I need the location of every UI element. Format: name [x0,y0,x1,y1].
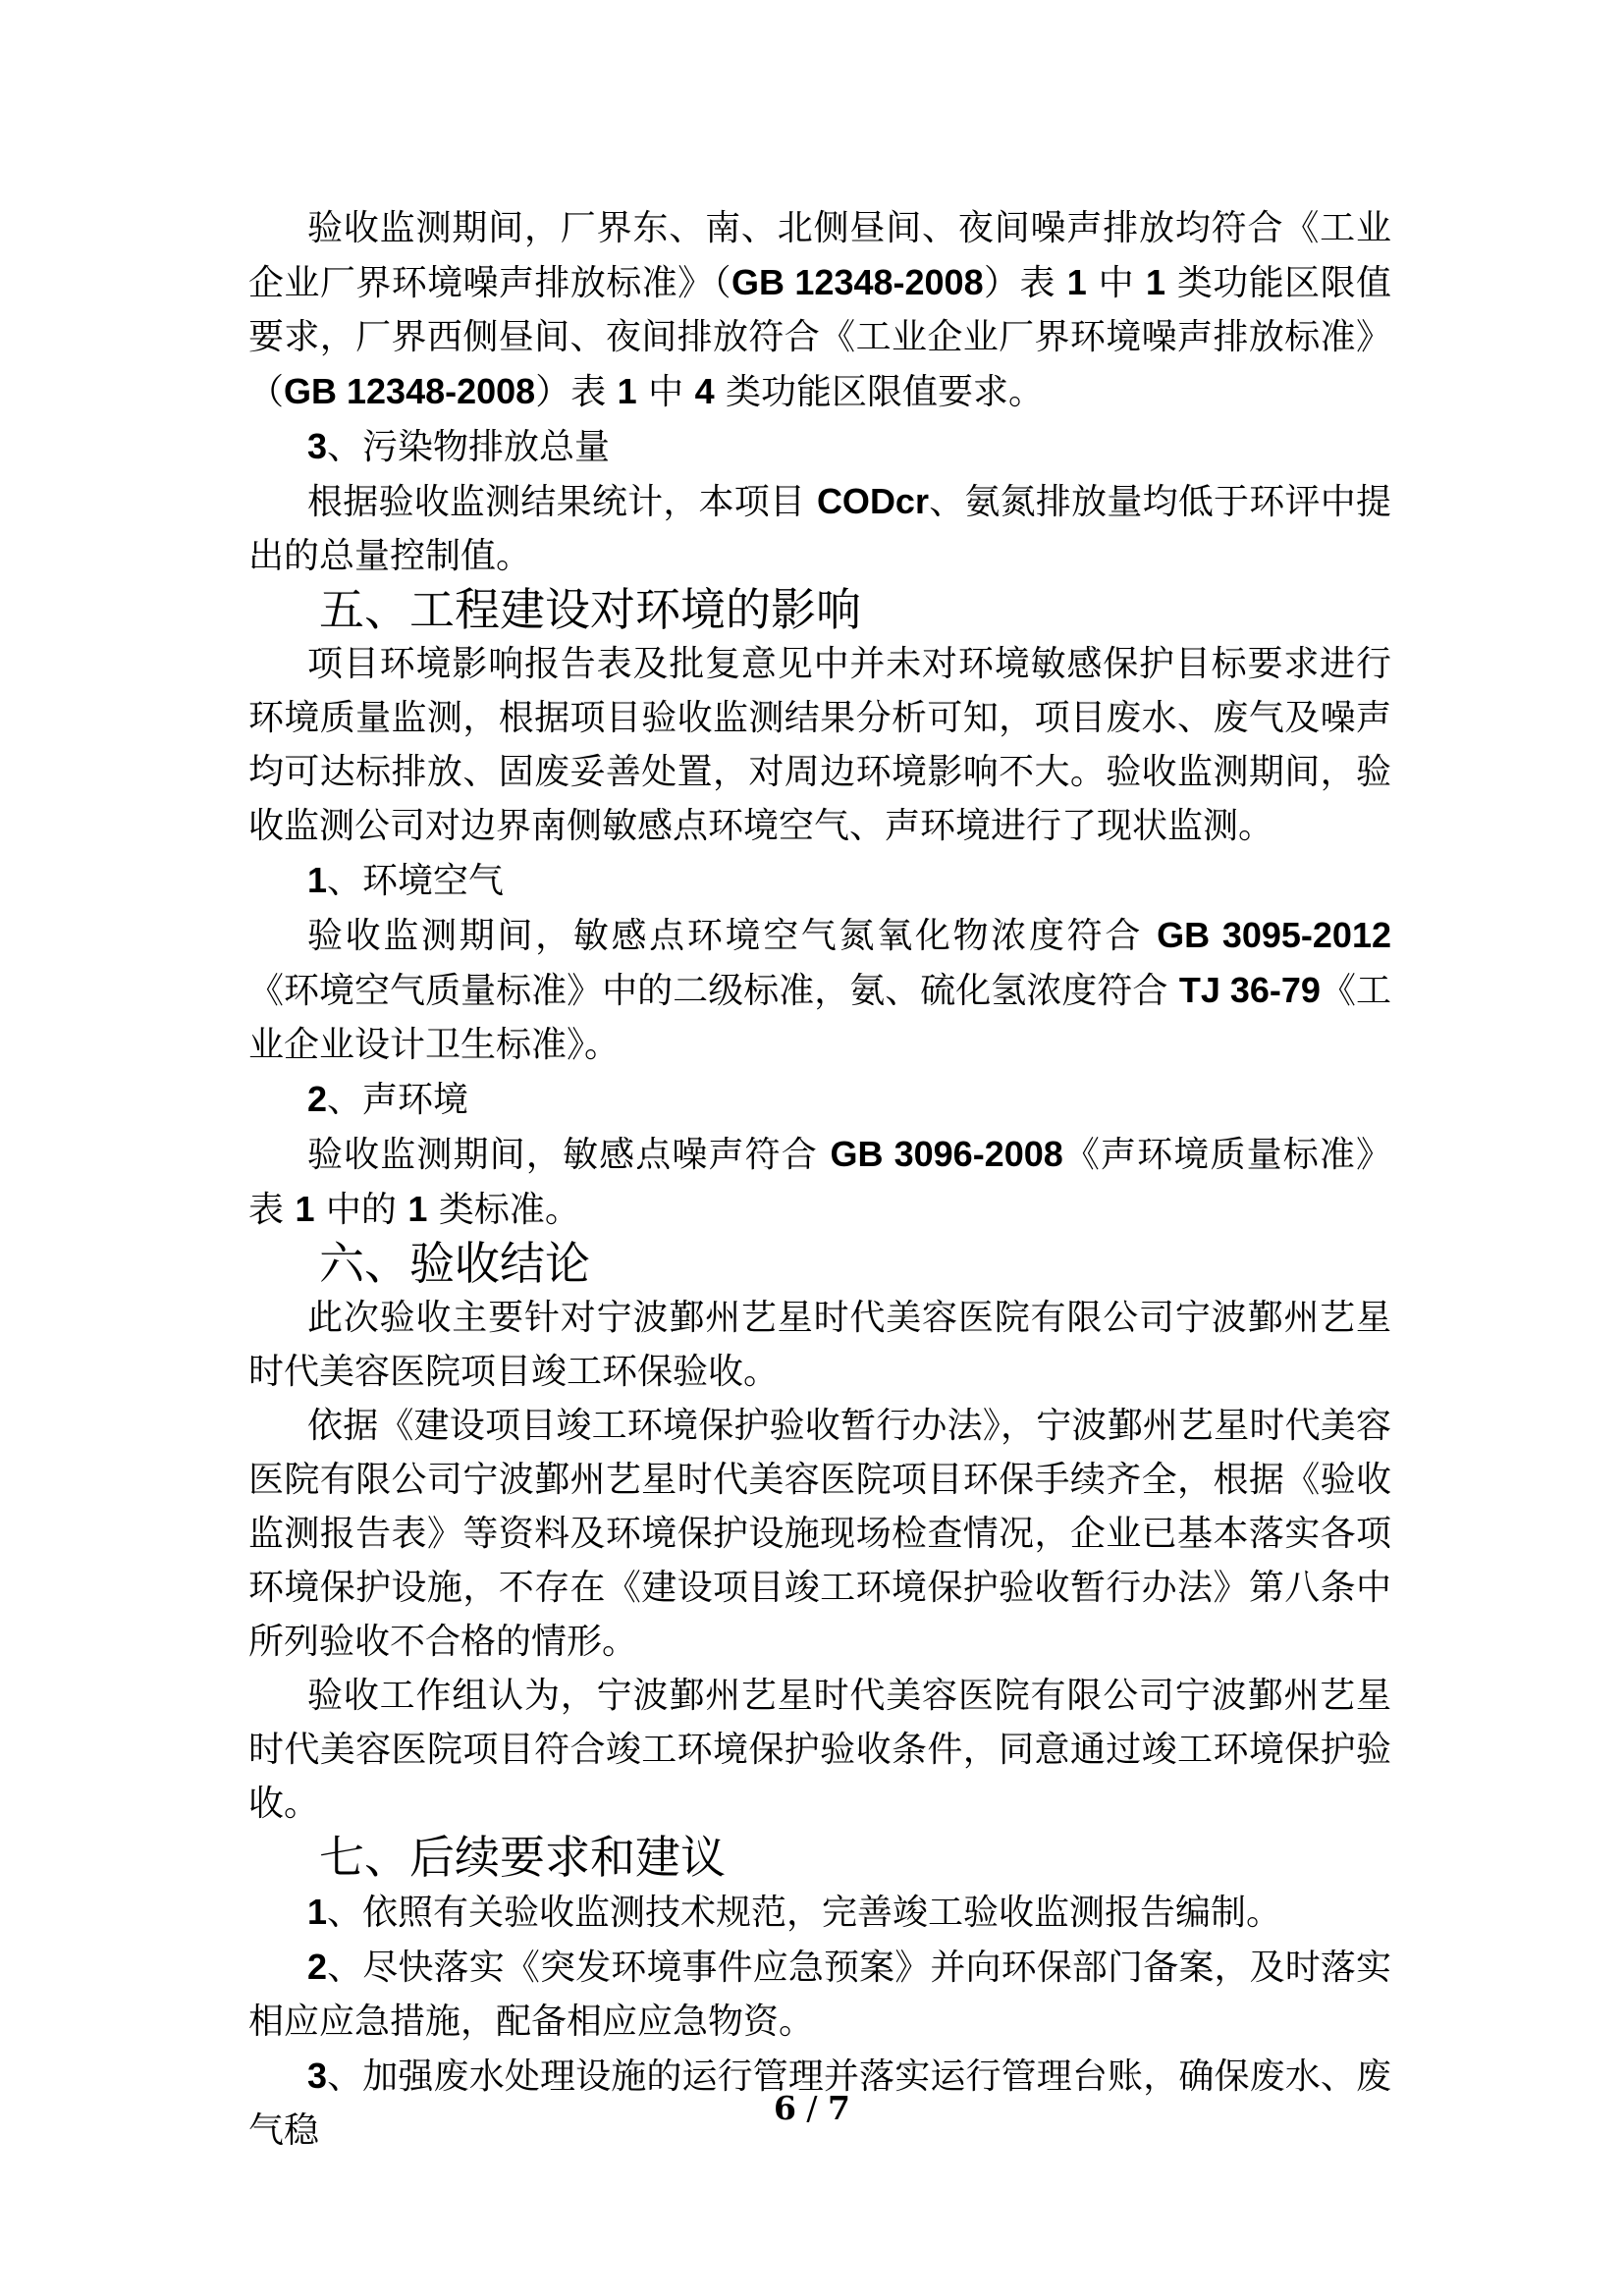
text-run: 、尽快落实《突发环境事件应急预案》并向环保部门备案，及时落实相应应急措施，配备相… [248,1948,1391,2042]
text-run: ）表 [535,372,617,412]
page-footer: 6 / 7 [0,2081,1624,2135]
text-run: 中 [1087,263,1146,303]
latin-bold-run: 6 [774,2089,796,2127]
latin-bold-run: GB 3095-2012 [1157,915,1391,955]
text-run: 验收监测期间，敏感点环境空气氮氧化物浓度符合 [307,916,1157,956]
latin-bold-run: TJ 36-79 [1179,970,1321,1010]
latin-bold-run: 1 [307,860,327,900]
text-run: ）表 [984,263,1067,303]
body-paragraph-noise-quality: 验收监测期间，敏感点噪声符合 GB 3096-2008《声环境质量标准》表 1 … [248,1127,1391,1237]
document-page: 验收监测期间，厂界东、南、北侧昼间、夜间噪声排放均符合《工业企业厂界环境噪声排放… [0,0,1624,2296]
latin-bold-run: 3 [307,426,327,466]
text-run: 中的 [314,1190,407,1230]
text-run: 类标准。 [427,1190,579,1230]
latin-bold-run: 1 [307,1892,327,1932]
section-heading-5-impact: 五、工程建设对环境的影响 [248,583,1391,637]
latin-bold-run: 1 [618,371,637,411]
section-heading-7-suggestions: 七、后续要求和建议 [248,1831,1391,1885]
text-run: 类功能区限值要求。 [715,372,1044,412]
latin-bold-run: 1 [407,1189,427,1229]
text-run: / [796,2089,828,2127]
body-paragraph-suggestion-2: 2、尽快落实《突发环境事件应急预案》并向环保部门备案，及时落实相应应急措施，配备… [248,1940,1391,2049]
text-run: 、声环境 [327,1080,468,1120]
latin-bold-run: 1 [295,1189,314,1229]
subheading-ambient-air: 1、环境空气 [248,853,1391,908]
latin-bold-run: GB 12348-2008 [284,371,535,411]
text-run: 七、后续要求和建议 [319,1831,726,1884]
body-paragraph-impact: 项目环境影响报告表及批复意见中并未对环境敏感保护目标要求进行环境质量监测，根据项… [248,637,1391,853]
text-run: 中 [637,372,695,412]
page-number: 6 / 7 [774,2089,850,2127]
latin-bold-run: CODcr [817,481,929,521]
text-run: 《环境空气质量标准》中的二级标准，氨、硫化氢浓度符合 [248,971,1179,1011]
body-paragraph-codcr: 根据验收监测结果统计，本项目 CODcr、氨氮排放量均低于环评中提出的总量控制值… [248,474,1391,583]
latin-bold-run: GB 3096-2008 [830,1134,1062,1174]
text-run: 验收工作组认为，宁波鄞州艺星时代美容医院有限公司宁波鄞州艺星时代美容医院项目符合… [248,1676,1391,1824]
body-paragraph-noise-standards: 验收监测期间，厂界东、南、北侧昼间、夜间噪声排放均符合《工业企业厂界环境噪声排放… [248,201,1391,419]
body-paragraph-basis: 依据《建设项目竣工环境保护验收暂行办法》，宁波鄞州艺星时代美容医院有限公司宁波鄞… [248,1399,1391,1669]
text-run: 项目环境影响报告表及批复意见中并未对环境敏感保护目标要求进行环境质量监测，根据项… [248,644,1391,846]
text-run: 此次验收主要针对宁波鄞州艺星时代美容医院有限公司宁波鄞州艺星时代美容医院项目竣工… [248,1298,1391,1392]
latin-bold-run: 1 [1146,262,1165,302]
latin-bold-run: 4 [695,371,715,411]
body-paragraph-air-standards: 验收监测期间，敏感点环境空气氮氧化物浓度符合 GB 3095-2012《环境空气… [248,908,1391,1072]
latin-bold-run: 2 [307,1079,327,1119]
text-run: 六、验收结论 [319,1237,590,1290]
body-paragraph-suggestion-1: 1、依照有关验收监测技术规范，完善竣工验收监测报告编制。 [248,1885,1391,1940]
text-run: 、依照有关验收监测技术规范，完善竣工验收监测报告编制。 [327,1893,1281,1933]
body-paragraph-workgroup: 验收工作组认为，宁波鄞州艺星时代美容医院有限公司宁波鄞州艺星时代美容医院项目符合… [248,1669,1391,1831]
latin-bold-run: 7 [828,2089,850,2127]
text-run: 、环境空气 [327,861,504,901]
text-run: 根据验收监测结果统计，本项目 [307,482,817,522]
latin-bold-run: 1 [1067,262,1087,302]
text-run: 五、工程建设对环境的影响 [319,583,861,636]
section-heading-6-conclusion: 六、验收结论 [248,1237,1391,1291]
text-run: 验收监测期间，敏感点噪声符合 [307,1135,830,1175]
subheading-acoustic-env: 2、声环境 [248,1072,1391,1127]
document-body: 验收监测期间，厂界东、南、北侧昼间、夜间噪声排放均符合《工业企业厂界环境噪声排放… [248,201,1391,2158]
text-run: 依据《建设项目竣工环境保护验收暂行办法》，宁波鄞州艺星时代美容医院有限公司宁波鄞… [248,1406,1391,1662]
body-paragraph-acceptance-scope: 此次验收主要针对宁波鄞州艺星时代美容医院有限公司宁波鄞州艺星时代美容医院项目竣工… [248,1291,1391,1399]
latin-bold-run: GB 12348-2008 [731,262,984,302]
subheading-pollutant-total: 3、污染物排放总量 [248,419,1391,474]
text-run: 、污染物排放总量 [327,427,610,467]
latin-bold-run: 2 [307,1947,327,1987]
